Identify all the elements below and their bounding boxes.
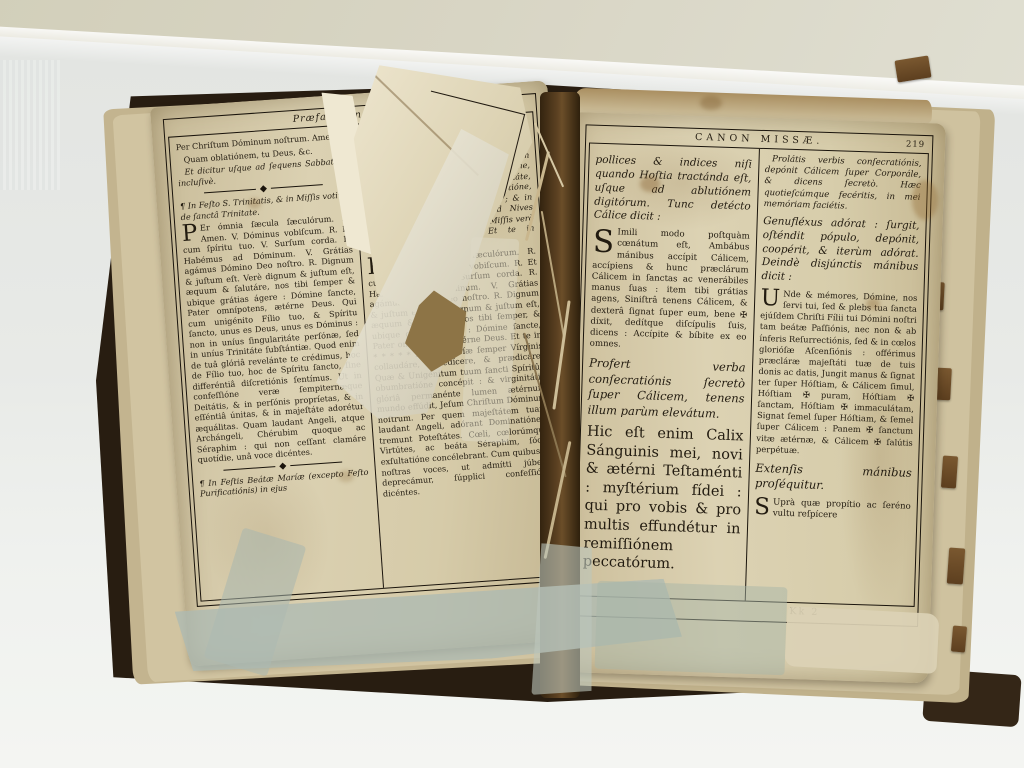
foxing-stain	[866, 298, 880, 310]
right-column-1: pollices & indices niſi quando Hoſtia tr…	[576, 144, 759, 601]
page-number: 219	[906, 139, 926, 150]
repair-tape	[595, 581, 788, 676]
paragraph-with-dropcap: UNde & mémores, Dómine, nos ſervi tui, ſ…	[756, 288, 918, 459]
foxing-stain	[912, 180, 938, 220]
consecration-words: Hic eſt enim Calix Sánguinis mei, novi &…	[583, 423, 744, 576]
rubric-paragraph: pollices & indices niſi quando Hoſtia tr…	[594, 154, 753, 228]
right-page-outer-frame: CANON MISSÆ. 219 pollices & indices niſi…	[570, 124, 933, 627]
repair-tape	[531, 543, 596, 697]
paragraph-with-dropcap: SUprà quæ propítio ac ſeréno vultu reſpí…	[754, 497, 911, 524]
paper-patch	[785, 606, 940, 674]
canon-missae-title: CANON MISSÆ.	[695, 132, 824, 147]
drop-cap: S	[593, 227, 618, 256]
photo-antique-missal: Præfatio ſine Notis. Per Chriſtum Dóminu…	[0, 0, 1024, 768]
rubric-paragraph: Extenſis mánibus proſéquitur.	[755, 461, 912, 497]
right-column-2: Prolátis verbis conſecratiónis, depónit …	[744, 149, 928, 606]
rubric-paragraph: Genufléxus adórat : ſurgit, oſténdit póp…	[761, 215, 920, 289]
drop-cap: P	[181, 223, 201, 244]
rubric-paragraph: Profert verba conſecratiónis ſecretò ſup…	[587, 356, 745, 423]
drop-cap: S	[754, 497, 773, 518]
index-tab	[951, 625, 967, 652]
paragraph-with-dropcap: PEr ómnia ſæcula ſæculórum. R. Amen. V. …	[181, 212, 367, 465]
foxing-stain	[640, 176, 660, 192]
foxing-stain	[700, 96, 722, 110]
right-text-block: pollices & indices niſi quando Hoſtia tr…	[575, 142, 929, 606]
index-tab	[947, 547, 965, 584]
cloth-texture	[0, 60, 60, 190]
foxing-stain	[338, 470, 354, 482]
drop-cap: U	[760, 288, 783, 309]
index-tab	[941, 456, 958, 489]
rubric-paragraph: Prolátis verbis conſecratiónis, depónit …	[764, 154, 922, 215]
foxing-stain	[248, 198, 261, 209]
paragraph-with-dropcap: SImili modo poſtquàm cœnátum eſt, Ambábu…	[590, 227, 750, 355]
